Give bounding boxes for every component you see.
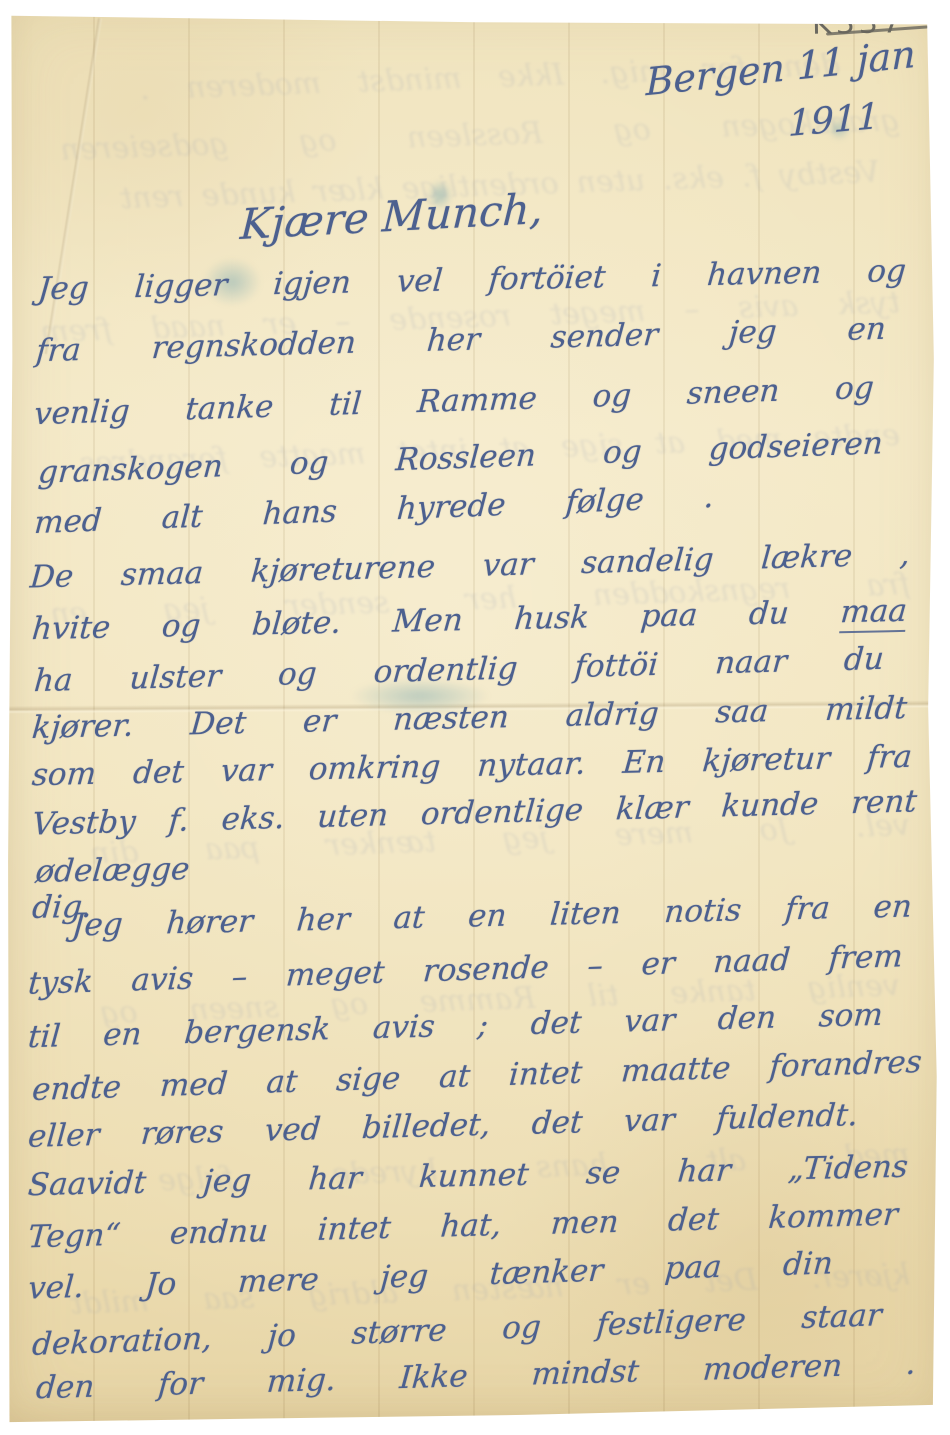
scan-background: { "archival_mark": "K337", "dateline": {… [0,0,950,1435]
underlined-word: maa [839,593,909,633]
letter-paper: granskogen og Rossleen og godseieren Ves… [0,0,950,1435]
dateline-year: 1911 [788,96,880,145]
